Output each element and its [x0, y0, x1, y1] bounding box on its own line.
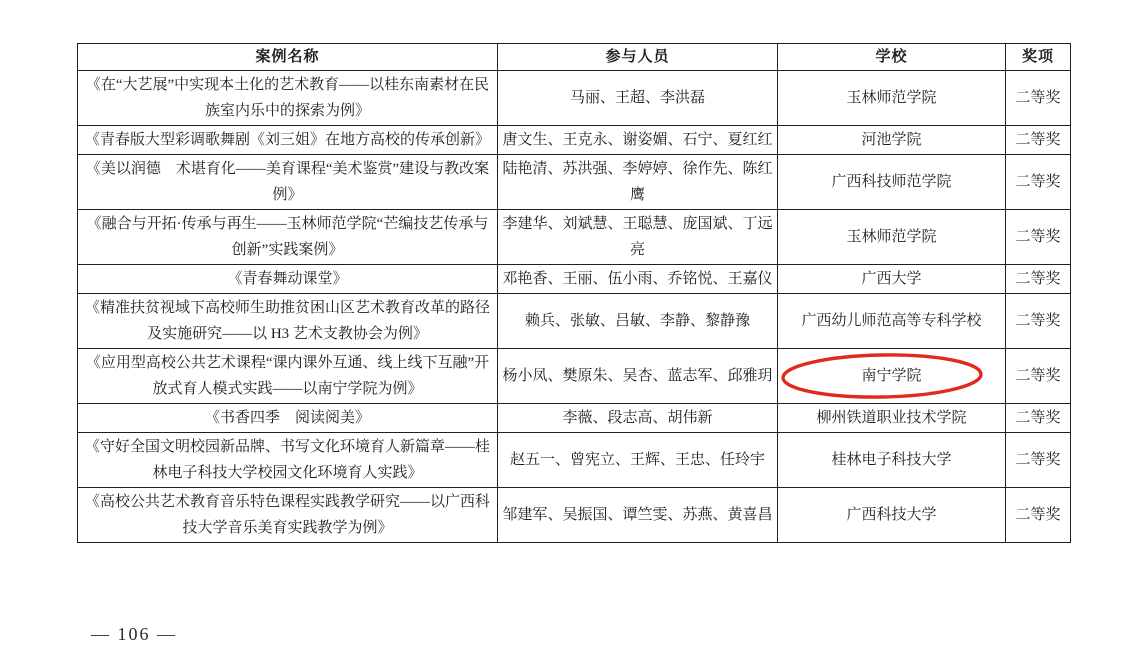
table-row: 《青春舞动课堂》 邓艳香、王丽、伍小雨、乔铭悦、王嘉仪 广西大学 二等奖 [78, 265, 1071, 294]
school-cell: 广西幼儿师范高等专科学校 [778, 294, 1006, 349]
school-cell: 南宁学院 [778, 349, 1006, 404]
table-row: 《融合与开拓·传承与再生——玉林师范学院“芒编技艺传承与创新”实践案例》 李建华… [78, 210, 1071, 265]
awards-table: 案例名称 参与人员 学校 奖项 《在“大艺展”中实现本土化的艺术教育——以桂东南… [77, 43, 1071, 543]
col-header-participants: 参与人员 [498, 44, 778, 71]
table-row: 《精准扶贫视域下高校师生助推贫困山区艺术教育改革的路径及实施研究——以 H3 艺… [78, 294, 1071, 349]
award-cell: 二等奖 [1006, 71, 1071, 126]
award-cell: 二等奖 [1006, 488, 1071, 543]
award-cell: 二等奖 [1006, 433, 1071, 488]
case-name-cell: 《青春舞动课堂》 [78, 265, 498, 294]
school-cell: 广西科技大学 [778, 488, 1006, 543]
table-header-row: 案例名称 参与人员 学校 奖项 [78, 44, 1071, 71]
school-name: 广西幼儿师范高等专科学校 [801, 313, 981, 329]
participants-cell: 陆艳清、苏洪强、李婷婷、徐作先、陈红鹰 [498, 155, 778, 210]
participants-cell: 赵五一、曾宪立、王辉、王忠、任玲宇 [498, 433, 778, 488]
school-name: 广西科技大学 [846, 507, 936, 523]
col-header-school: 学校 [778, 44, 1006, 71]
case-name-cell: 《精准扶贫视域下高校师生助推贫困山区艺术教育改革的路径及实施研究——以 H3 艺… [78, 294, 498, 349]
table-row: 《书香四季 阅读阅美》 李薇、段志高、胡伟新 柳州铁道职业技术学院 二等奖 [78, 404, 1071, 433]
participants-cell: 杨小凤、樊原朱、吴杏、蓝志军、邱雅玥 [498, 349, 778, 404]
case-name-cell: 《在“大艺展”中实现本土化的艺术教育——以桂东南素材在民族室内乐中的探索为例》 [78, 71, 498, 126]
school-name: 桂林电子科技大学 [831, 452, 951, 468]
school-name: 广西大学 [861, 271, 921, 287]
school-name: 广西科技师范学院 [831, 174, 951, 190]
participants-cell: 邓艳香、王丽、伍小雨、乔铭悦、王嘉仪 [498, 265, 778, 294]
school-cell: 河池学院 [778, 126, 1006, 155]
participants-cell: 唐文生、王克永、谢姿媚、石宁、夏红红 [498, 126, 778, 155]
page-number: — 106 — [91, 624, 177, 645]
school-cell: 广西科技师范学院 [778, 155, 1006, 210]
table-body: 《在“大艺展”中实现本土化的艺术教育——以桂东南素材在民族室内乐中的探索为例》 … [78, 71, 1071, 543]
table-row: 《应用型高校公共艺术课程“课内课外互通、线上线下互融”开放式育人模式实践——以南… [78, 349, 1071, 404]
school-cell: 广西大学 [778, 265, 1006, 294]
school-cell: 柳州铁道职业技术学院 [778, 404, 1006, 433]
school-name: 玉林师范学院 [846, 229, 936, 245]
school-name: 河池学院 [861, 132, 921, 148]
table-row: 《青春版大型彩调歌舞剧《刘三姐》在地方高校的传承创新》 唐文生、王克永、谢姿媚、… [78, 126, 1071, 155]
participants-cell: 李薇、段志高、胡伟新 [498, 404, 778, 433]
school-name: 南宁学院 [861, 368, 921, 384]
case-name-cell: 《书香四季 阅读阅美》 [78, 404, 498, 433]
award-cell: 二等奖 [1006, 349, 1071, 404]
case-name-cell: 《美以润德 术堪育化——美育课程“美术鉴赏”建设与教改案例》 [78, 155, 498, 210]
participants-cell: 邹建军、吴振国、谭竺雯、苏燕、黄喜昌 [498, 488, 778, 543]
participants-cell: 赖兵、张敏、吕敏、李静、黎静豫 [498, 294, 778, 349]
award-cell: 二等奖 [1006, 155, 1071, 210]
document-page: 案例名称 参与人员 学校 奖项 《在“大艺展”中实现本土化的艺术教育——以桂东南… [0, 0, 1145, 661]
school-name: 玉林师范学院 [846, 90, 936, 106]
table-row: 《高校公共艺术教育音乐特色课程实践教学研究——以广西科技大学音乐美育实践教学为例… [78, 488, 1071, 543]
school-cell: 玉林师范学院 [778, 71, 1006, 126]
table-row: 《守好全国文明校园新品牌、书写文化环境育人新篇章——桂林电子科技大学校园文化环境… [78, 433, 1071, 488]
case-name-cell: 《守好全国文明校园新品牌、书写文化环境育人新篇章——桂林电子科技大学校园文化环境… [78, 433, 498, 488]
school-cell: 玉林师范学院 [778, 210, 1006, 265]
award-cell: 二等奖 [1006, 265, 1071, 294]
participants-cell: 马丽、王超、李洪磊 [498, 71, 778, 126]
case-name-cell: 《融合与开拓·传承与再生——玉林师范学院“芒编技艺传承与创新”实践案例》 [78, 210, 498, 265]
col-header-award: 奖项 [1006, 44, 1071, 71]
school-cell: 桂林电子科技大学 [778, 433, 1006, 488]
case-name-cell: 《应用型高校公共艺术课程“课内课外互通、线上线下互融”开放式育人模式实践——以南… [78, 349, 498, 404]
table-row: 《在“大艺展”中实现本土化的艺术教育——以桂东南素材在民族室内乐中的探索为例》 … [78, 71, 1071, 126]
case-name-cell: 《青春版大型彩调歌舞剧《刘三姐》在地方高校的传承创新》 [78, 126, 498, 155]
award-cell: 二等奖 [1006, 210, 1071, 265]
award-cell: 二等奖 [1006, 126, 1071, 155]
case-name-cell: 《高校公共艺术教育音乐特色课程实践教学研究——以广西科技大学音乐美育实践教学为例… [78, 488, 498, 543]
col-header-case-name: 案例名称 [78, 44, 498, 71]
table-row: 《美以润德 术堪育化——美育课程“美术鉴赏”建设与教改案例》 陆艳清、苏洪强、李… [78, 155, 1071, 210]
participants-cell: 李建华、刘斌慧、王聪慧、庞国斌、丁远亮 [498, 210, 778, 265]
school-name: 柳州铁道职业技术学院 [816, 410, 966, 426]
award-cell: 二等奖 [1006, 294, 1071, 349]
award-cell: 二等奖 [1006, 404, 1071, 433]
